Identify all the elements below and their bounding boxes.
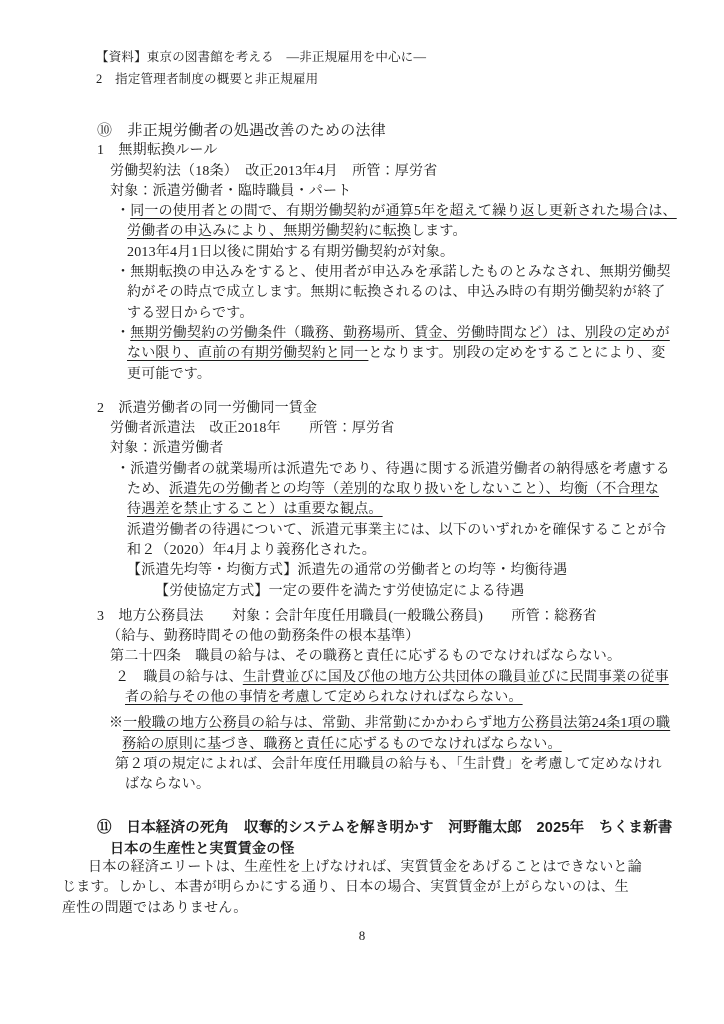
text-segment: 労働者派遣法 改正2018年 所管：厚労省 bbox=[110, 421, 394, 436]
underlined-text: 待遇差を禁止すること）は重要な観点。 bbox=[127, 502, 383, 517]
text-segment: する翌日からです。 bbox=[127, 306, 254, 321]
text-segment: ・無期転換の申込みをすると、使用者が申込みを承諾したものとみなされ、無期労働契 bbox=[116, 265, 671, 280]
text-line: 務給の原則に基づき、職務と責任に応ずるものでなければならない。 bbox=[0, 735, 724, 755]
text-segment: 第２項の規定によれば、会計年度任用職員の給与も、「生計費」を考慮して定めなけれ bbox=[115, 757, 662, 772]
text-line: ⑩ 非正規労働者の処遇改善のための法律 bbox=[0, 121, 724, 141]
text-segment: します。 bbox=[411, 224, 467, 239]
text-line: （給与、勤務時間その他の勤務条件の根本基準） bbox=[0, 627, 724, 647]
text-line: 待遇差を禁止すること）は重要な観点。 bbox=[0, 500, 724, 520]
text-line: ・無期転換の申込みをすると、使用者が申込みを承諾したものとみなされ、無期労働契 bbox=[0, 263, 724, 283]
text-segment: 対象：派遣労働者・臨時職員・パート bbox=[110, 184, 351, 199]
text-line: ばならない。 bbox=[0, 775, 724, 795]
text-segment: 産性の問題ではありません。 bbox=[62, 901, 247, 916]
text-segment: ２ 職員の給与は、 bbox=[115, 670, 243, 685]
text-line: ・無期労働契約の労働条件（職務、勤務場所、賃金、労働時間など）は、別段の定めが bbox=[0, 324, 724, 344]
text-line: 第二十四条 職員の給与は、その職務と責任に応ずるものでなければならない。 bbox=[0, 647, 724, 667]
page-header: 【資料】東京の図書館を考える ―非正規雇用を中心に― 2 指定管理者制度の概要と… bbox=[0, 0, 724, 90]
section-11-book-japan-economy-blind-spot: ⑪ 日本経済の死角 収奪的システムを解き明かす 河野龍太郎 2025年 ちくま新… bbox=[0, 818, 724, 919]
text-line: ※一般職の地方公務員の給与は、常勤、非常勤にかかわらず地方公務員法第24条1項の… bbox=[0, 714, 724, 734]
text-segment: （給与、勤務時間その他の勤務条件の根本基準） bbox=[107, 629, 419, 644]
section-2-equal-pay-for-dispatched-workers: 2 派遣労働者の同一労働同一賃金労働者派遣法 改正2018年 所管：厚労省対象：… bbox=[0, 399, 724, 602]
text-line: 対象：派遣労働者 bbox=[0, 439, 724, 459]
text-segment: ⑪ 日本経済の死角 収奪的システムを解き明かす 河野龍太郎 2025年 ちくま新… bbox=[97, 820, 673, 836]
text-line: 和２（2020）年4月より義務化された。 bbox=[0, 541, 724, 561]
underlined-text: 務給の原則に基づき、職務と責任に応ずるものでなければならない。 bbox=[122, 737, 562, 752]
section-10-laws-for-non-regular-workers: ⑩ 非正規労働者の処遇改善のための法律1 無期転換ルール労働契約法（18条） 改… bbox=[0, 121, 724, 385]
text-segment: ため、 bbox=[127, 482, 169, 497]
underlined-text: 生計費並びに国及び他の地方公共団体の職員並びに民間事業の従事 bbox=[243, 670, 669, 685]
text-segment: 対象：派遣労働者 bbox=[110, 441, 224, 456]
text-segment: ・ bbox=[116, 204, 130, 219]
header-chapter-title: 2 指定管理者制度の概要と非正規雇用 bbox=[96, 68, 724, 90]
text-line: 更可能です。 bbox=[0, 365, 724, 385]
underlined-text: 無期労働契約の労働条件（職務、勤務場所、賃金、労働時間など）は、別段の定めが bbox=[130, 326, 670, 341]
text-line: 【派遣先均等・均衡方式】派遣先の通常の労働者との均等・均衡待遇 bbox=[0, 561, 724, 581]
text-segment: ※ bbox=[109, 716, 123, 731]
text-segment: ばならない。 bbox=[125, 777, 210, 792]
text-line: 労働者の申込みにより、無期労働契約に転換します。 bbox=[0, 222, 724, 242]
text-line: ・同一の使用者との間で、有期労働契約が通算5年を超えて繰り返し更新された場合は、 bbox=[0, 202, 724, 222]
text-segment: 【労使協定方式】一定の要件を満たす労使協定による待遇 bbox=[155, 584, 524, 599]
text-segment: 2013年4月1日以後に開始する有期労働契約が対象。 bbox=[127, 245, 454, 260]
text-segment: 更可能です。 bbox=[127, 367, 211, 382]
text-segment: 第二十四条 職員の給与は、その職務と責任に応ずるものでなければならない。 bbox=[110, 649, 621, 664]
text-line: 日本の生産性と実質賃金の怪 bbox=[0, 838, 724, 858]
text-segment: となります。別段の定めをすることにより、変 bbox=[368, 346, 665, 361]
document-body: ⑩ 非正規労働者の処遇改善のための法律1 無期転換ルール労働契約法（18条） 改… bbox=[0, 121, 724, 919]
text-segment: じます。しかし、本書が明らかにする通り、日本の場合、実質賃金が上がらないのは、生 bbox=[62, 880, 629, 895]
text-line: じます。しかし、本書が明らかにする通り、日本の場合、実質賃金が上がらないのは、生 bbox=[0, 878, 724, 898]
text-segment: 派遣労働者の待遇について、派遣元事業主には、以下のいずれかを確保することが令 bbox=[127, 523, 666, 538]
underlined-text: 同一の使用者との間で、有期労働契約が通算5年を超えて繰り返し更新された場合は、 bbox=[130, 204, 677, 219]
text-line: 労働者派遣法 改正2018年 所管：厚労省 bbox=[0, 419, 724, 439]
text-line: 2013年4月1日以後に開始する有期労働契約が対象。 bbox=[0, 243, 724, 263]
underlined-text: 労働者の申込みにより、無期労働契約に転換 bbox=[127, 224, 411, 239]
text-line: 【労使協定方式】一定の要件を満たす労使協定による待遇 bbox=[0, 582, 724, 602]
text-line: する翌日からです。 bbox=[0, 304, 724, 324]
text-line: 第２項の規定によれば、会計年度任用職員の給与も、「生計費」を考慮して定めなけれ bbox=[0, 755, 724, 775]
text-line: 労働契約法（18条） 改正2013年4月 所管：厚労省 bbox=[0, 162, 724, 182]
text-line: 派遣労働者の待遇について、派遣元事業主には、以下のいずれかを確保することが令 bbox=[0, 521, 724, 541]
underlined-text: 派遣先の労働者との均等（差別的な取り扱いをしないこと）、均衡（不合理な bbox=[169, 482, 659, 497]
text-line: 日本の経済エリートは、生産性を上げなければ、実質賃金をあげることはできないと論 bbox=[0, 858, 724, 878]
text-segment: 【派遣先均等・均衡方式】派遣先の通常の労働者との均等・均衡待遇 bbox=[127, 563, 567, 578]
text-segment: ・ bbox=[116, 326, 130, 341]
underlined-text: 一般職の地方公務員の給与は、常勤、非常勤にかかわらず地方公務員法第24条1項の職 bbox=[123, 716, 670, 731]
text-line: ２ 職員の給与は、生計費並びに国及び他の地方公共団体の職員並びに民間事業の従事 bbox=[0, 668, 724, 688]
text-line: ⑪ 日本経済の死角 収奪的システムを解き明かす 河野龍太郎 2025年 ちくま新… bbox=[0, 818, 724, 838]
note-block-salary-principles: ※一般職の地方公務員の給与は、常勤、非常勤にかかわらず地方公務員法第24条1項の… bbox=[0, 714, 724, 795]
header-source-title: 【資料】東京の図書館を考える ―非正規雇用を中心に― bbox=[96, 46, 724, 68]
section-3-local-public-service-act: 3 地方公務員法 対象：会計年度任用職員(一般職公務員) 所管：総務省（給与、勤… bbox=[0, 607, 724, 708]
text-line: ・派遣労働者の就業場所は派遣先であり、待遇に関する派遣労働者の納得感を考慮する bbox=[0, 460, 724, 480]
text-segment: 労働契約法（18条） 改正2013年4月 所管：厚労省 bbox=[110, 164, 437, 179]
text-segment: 日本の経済エリートは、生産性を上げなければ、実質賃金をあげることはできないと論 bbox=[88, 860, 642, 875]
text-line: 2 派遣労働者の同一労働同一賃金 bbox=[0, 399, 724, 419]
text-line: 3 地方公務員法 対象：会計年度任用職員(一般職公務員) 所管：総務省 bbox=[0, 607, 724, 627]
document-page: 【資料】東京の図書館を考える ―非正規雇用を中心に― 2 指定管理者制度の概要と… bbox=[0, 0, 724, 1024]
text-segment: 日本の生産性と実質賃金の怪 bbox=[110, 840, 295, 856]
text-segment: 1 無期転換ルール bbox=[97, 143, 218, 158]
text-segment: ⑩ 非正規労働者の処遇改善のための法律 bbox=[97, 123, 386, 139]
text-segment: 約がその時点で成立します。無期に転換されるのは、申込み時の有期労働契約が終了 bbox=[127, 285, 665, 300]
text-line: 産性の問題ではありません。 bbox=[0, 899, 724, 919]
text-line: 1 無期転換ルール bbox=[0, 141, 724, 161]
text-segment: 和２（2020）年4月より義務化された。 bbox=[127, 543, 376, 558]
text-line: 者の給与その他の事情を考慮して定められなければならない。 bbox=[0, 688, 724, 708]
underlined-text: 者の給与その他の事情を考慮して定められなければならない。 bbox=[125, 690, 523, 705]
text-segment: 2 派遣労働者の同一労働同一賃金 bbox=[97, 401, 317, 416]
underlined-text: ない限り、直前の有期労働契約と同一 bbox=[127, 346, 368, 361]
text-line: 対象：派遣労働者・臨時職員・パート bbox=[0, 182, 724, 202]
text-segment: ・派遣労働者の就業場所は派遣先であり、待遇に関する派遣労働者の納得感を考慮する bbox=[116, 462, 670, 477]
text-line: 約がその時点で成立します。無期に転換されるのは、申込み時の有期労働契約が終了 bbox=[0, 283, 724, 303]
page-number: 8 bbox=[0, 928, 724, 944]
text-line: ため、派遣先の労働者との均等（差別的な取り扱いをしないこと）、均衡（不合理な bbox=[0, 480, 724, 500]
text-line: ない限り、直前の有期労働契約と同一となります。別段の定めをすることにより、変 bbox=[0, 344, 724, 364]
text-segment: 3 地方公務員法 対象：会計年度任用職員(一般職公務員) 所管：総務省 bbox=[97, 609, 597, 624]
